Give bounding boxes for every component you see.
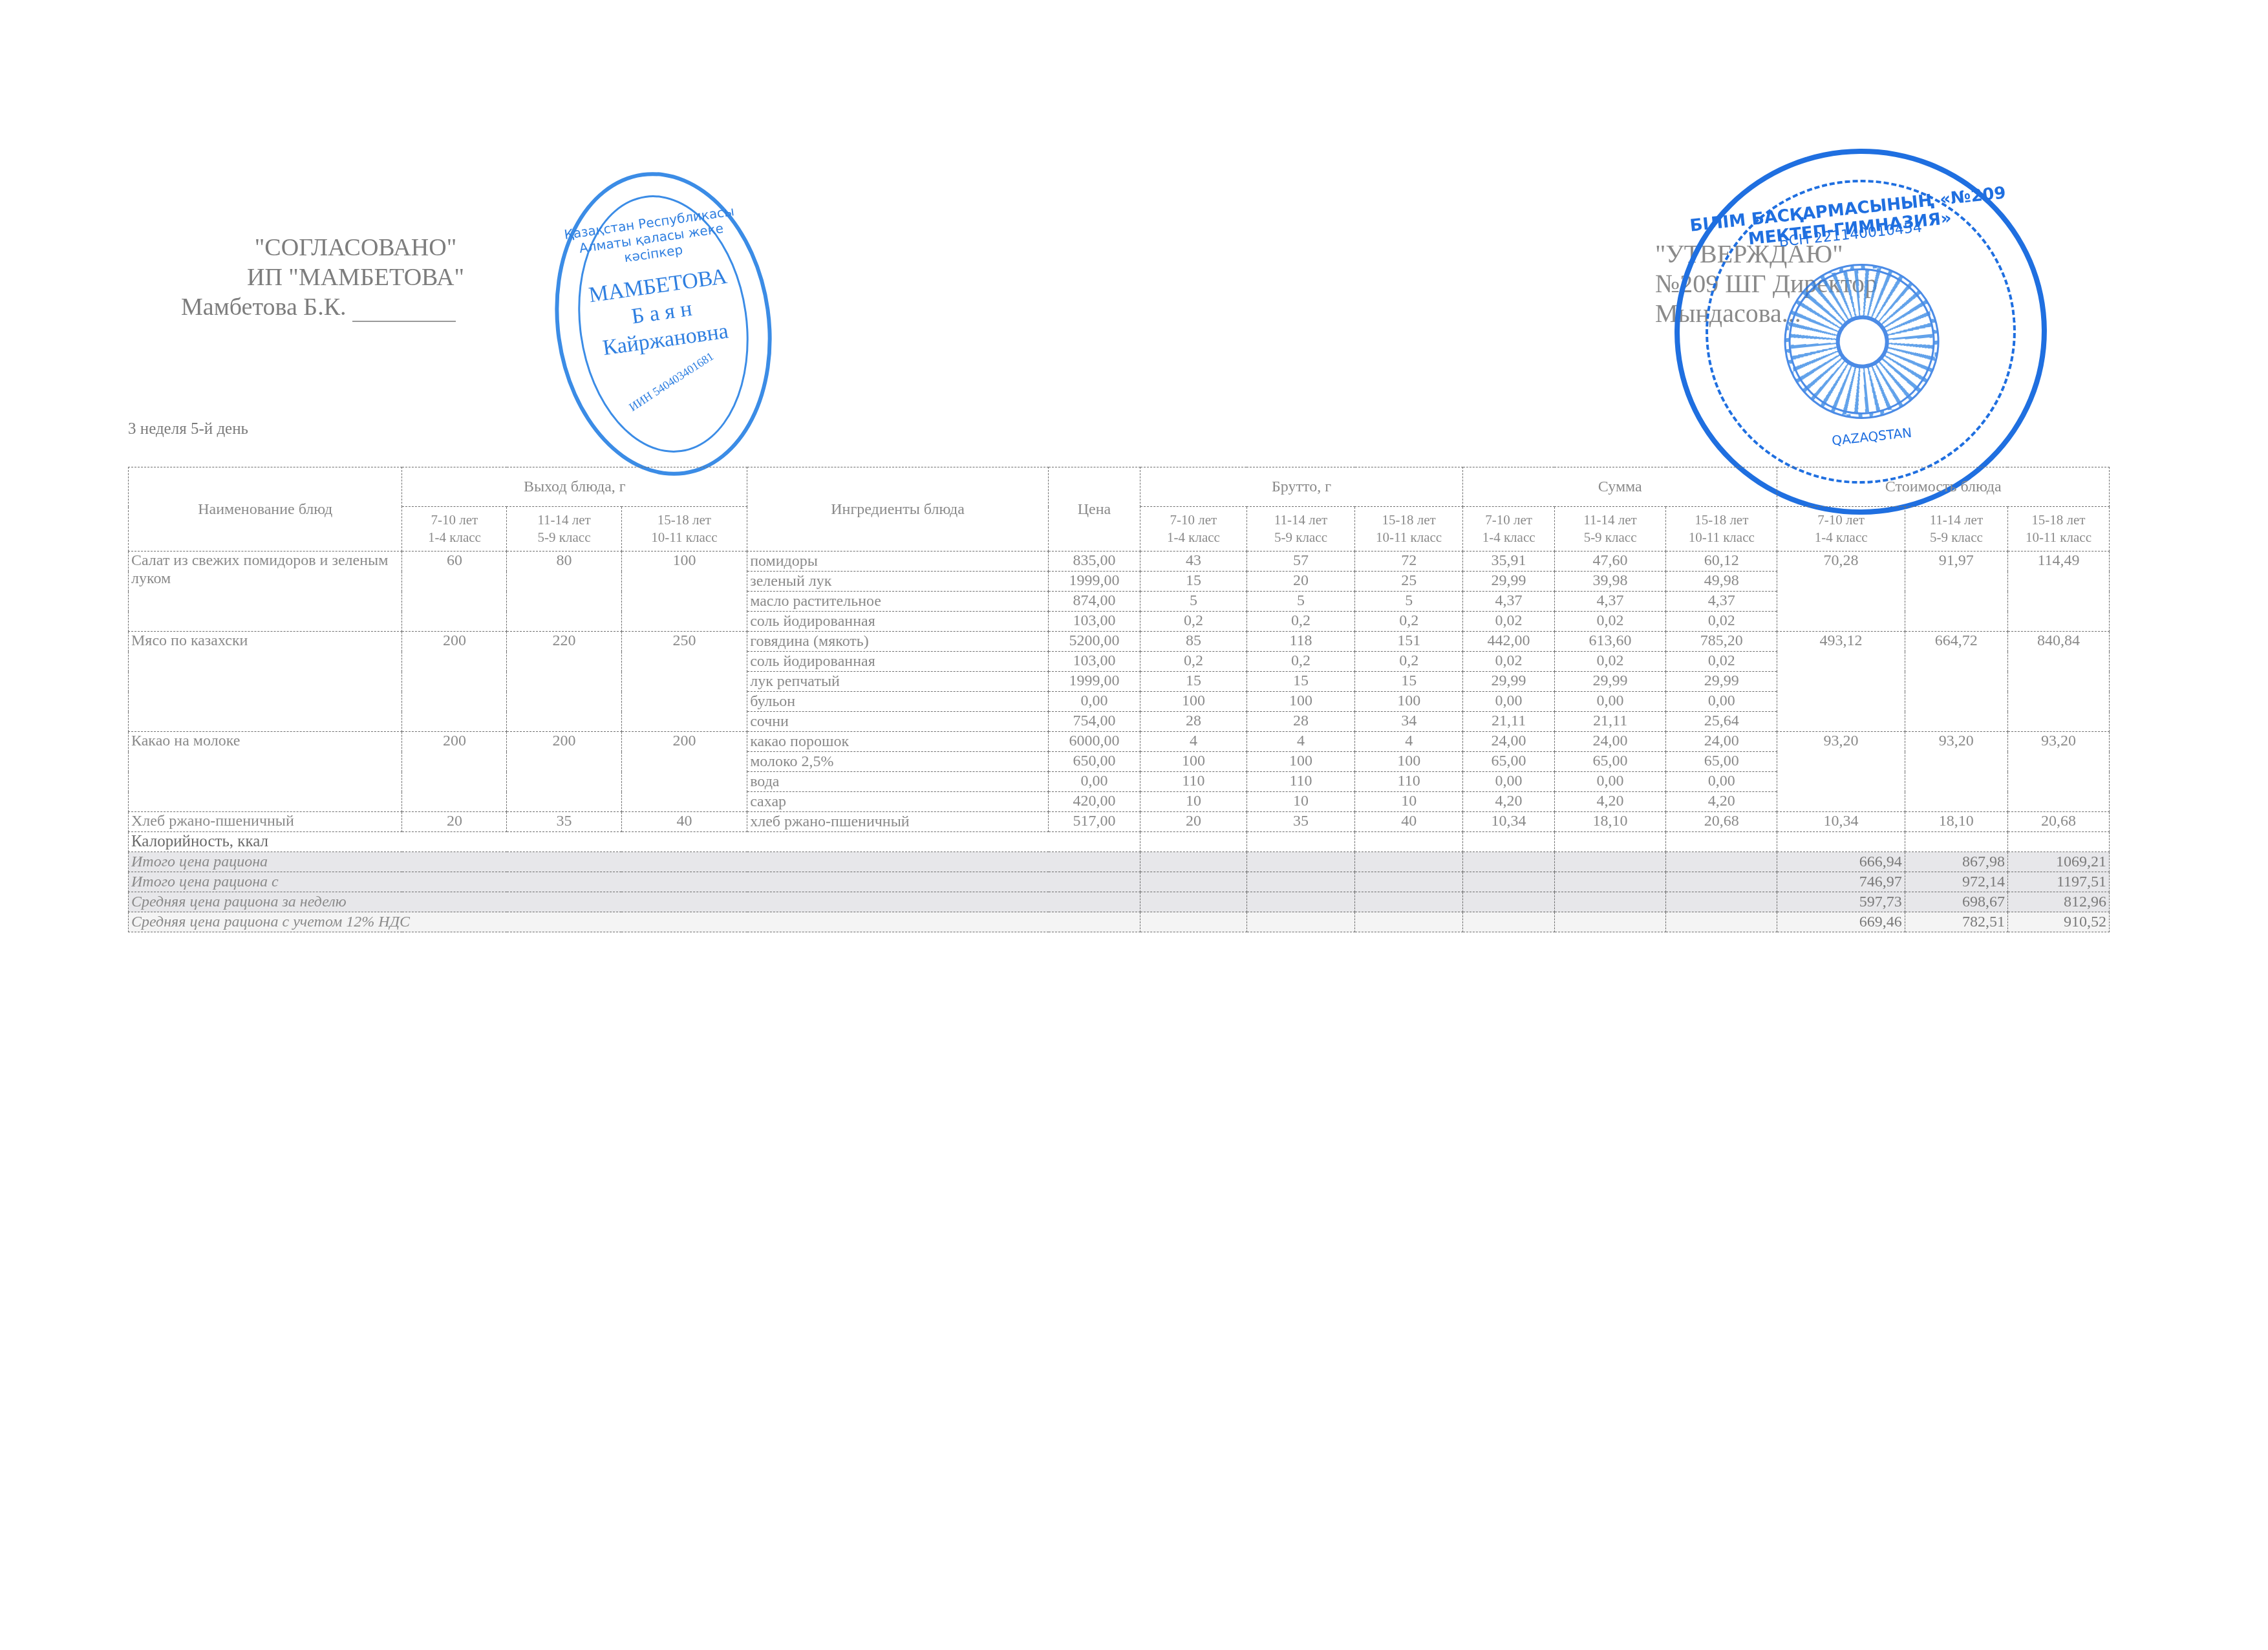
header-age-sum-0: 7-10 лет1-4 класс <box>1463 507 1555 552</box>
ingredient-sum: 20,68 <box>1666 812 1777 832</box>
dish-yield: 20 <box>402 812 507 832</box>
dish-yield: 80 <box>507 552 621 632</box>
ingredient-price: 103,00 <box>1049 612 1140 632</box>
age-label: 15-18 лет <box>1358 511 1460 529</box>
ingredient-brutto: 100 <box>1246 692 1354 712</box>
ingredient-name: вода <box>747 772 1049 792</box>
table-row: Салат из свежих помидоров и зеленым луко… <box>129 552 2110 572</box>
header-age-sum-2: 15-18 лет10-11 класс <box>1666 507 1777 552</box>
ingredient-sum: 0,00 <box>1463 772 1555 792</box>
ingredient-price: 1999,00 <box>1049 572 1140 592</box>
ingredient-name: хлеб ржано-пшеничный <box>747 812 1049 832</box>
week-day-label: 3 неделя 5-й день <box>128 420 248 438</box>
header-price: Цена <box>1049 467 1140 552</box>
ingredient-brutto: 118 <box>1246 632 1354 652</box>
ingredient-price: 874,00 <box>1049 592 1140 612</box>
summary-value: 597,73 <box>1777 892 1905 912</box>
dish-cost: 840,84 <box>2007 632 2109 732</box>
ingredient-price: 0,00 <box>1049 692 1140 712</box>
ingredient-brutto: 110 <box>1140 772 1246 792</box>
ingredient-sum: 49,98 <box>1666 572 1777 592</box>
ingredient-name: масло растительное <box>747 592 1049 612</box>
header-ingredients: Ингредиенты блюда <box>747 467 1049 552</box>
summary-label: Итого цена рациона <box>129 852 1140 872</box>
ingredient-name: бульон <box>747 692 1049 712</box>
ingredient-sum: 613,60 <box>1554 632 1665 652</box>
ingredient-sum: 29,99 <box>1554 672 1665 692</box>
summary-row: Средняя цена рациона с учетом 12% НДС669… <box>129 912 2110 932</box>
summary-value: 972,14 <box>1905 872 2007 892</box>
summary-empty-cell <box>1355 912 1463 932</box>
dish-yield: 60 <box>402 552 507 632</box>
grade-label: 10-11 класс <box>2011 529 2106 546</box>
ingredient-sum: 0,02 <box>1554 652 1665 672</box>
dish-cost: 10,34 <box>1777 812 1905 832</box>
ingredient-brutto: 72 <box>1355 552 1463 572</box>
ingredient-name: сахар <box>747 792 1049 812</box>
ingredient-brutto: 20 <box>1140 812 1246 832</box>
ingredient-price: 6000,00 <box>1049 732 1140 752</box>
summary-empty-cell <box>1463 852 1555 872</box>
ingredient-brutto: 5 <box>1355 592 1463 612</box>
ingredient-sum: 4,37 <box>1554 592 1665 612</box>
summary-empty-cell <box>1463 872 1555 892</box>
summary-value: 666,94 <box>1777 852 1905 872</box>
ingredient-price: 0,00 <box>1049 772 1140 792</box>
ingredient-brutto: 5 <box>1140 592 1246 612</box>
ingredient-name: соль йодированная <box>747 612 1049 632</box>
dish-cost: 664,72 <box>1905 632 2007 732</box>
summary-value: 910,52 <box>2007 912 2109 932</box>
age-label: 15-18 лет <box>625 511 744 529</box>
approval-block-left: "СОГЛАСОВАНО" ИП "МАМБЕТОВА" Мамбетова Б… <box>175 233 537 322</box>
dish-yield: 200 <box>621 732 747 812</box>
ingredient-brutto: 85 <box>1140 632 1246 652</box>
summary-empty-cell <box>1355 852 1463 872</box>
ingredient-brutto: 35 <box>1246 812 1354 832</box>
ingredient-name: молоко 2,5% <box>747 752 1049 772</box>
ingredient-sum: 18,10 <box>1554 812 1665 832</box>
summary-row: Итого цена рациона666,94867,981069,21 <box>129 852 2110 872</box>
ingredient-sum: 25,64 <box>1666 712 1777 732</box>
summary-empty-cell <box>1355 892 1463 912</box>
dish-yield: 200 <box>402 732 507 812</box>
header-dish-cost: Стоимость блюда <box>1777 467 2110 507</box>
dish-cost: 20,68 <box>2007 812 2109 832</box>
ingredient-brutto: 110 <box>1355 772 1463 792</box>
dish-cost: 493,12 <box>1777 632 1905 732</box>
dish-yield: 200 <box>507 732 621 812</box>
header-brutto: Брутто, г <box>1140 467 1462 507</box>
summary-row: Итого цена рациона с746,97972,141197,51 <box>129 872 2110 892</box>
ingredient-brutto: 0,2 <box>1246 652 1354 672</box>
calories-cell <box>1246 832 1354 852</box>
ingredient-brutto: 4 <box>1246 732 1354 752</box>
header-sum: Сумма <box>1463 467 1777 507</box>
ingredient-name: соль йодированная <box>747 652 1049 672</box>
ingredient-sum: 0,02 <box>1463 652 1555 672</box>
summary-row: Средняя цена рациона за неделю597,73698,… <box>129 892 2110 912</box>
ingredient-price: 835,00 <box>1049 552 1140 572</box>
ingredient-brutto: 10 <box>1140 792 1246 812</box>
dish-yield: 220 <box>507 632 621 732</box>
ingredient-price: 103,00 <box>1049 652 1140 672</box>
ingredient-brutto: 110 <box>1246 772 1354 792</box>
approval-left-person-name: Мамбетова Б.К. <box>181 294 346 321</box>
ingredient-brutto: 15 <box>1140 672 1246 692</box>
ingredient-name: зеленый лук <box>747 572 1049 592</box>
menu-cost-table: Наименование блюд Выход блюда, г Ингреди… <box>128 467 2110 932</box>
summary-empty-cell <box>1246 912 1354 932</box>
summary-empty-cell <box>1554 872 1665 892</box>
ingredient-sum: 4,20 <box>1554 792 1665 812</box>
ingredient-sum: 65,00 <box>1463 752 1555 772</box>
ingredient-sum: 21,11 <box>1463 712 1555 732</box>
ingredient-sum: 785,20 <box>1666 632 1777 652</box>
ingredient-brutto: 100 <box>1246 752 1354 772</box>
shanyrak-icon <box>1834 313 1892 371</box>
summary-empty-cell <box>1246 872 1354 892</box>
ingredient-name: лук репчатый <box>747 672 1049 692</box>
ingredient-sum: 47,60 <box>1554 552 1665 572</box>
approval-left-title: "СОГЛАСОВАНО" <box>175 233 537 262</box>
age-label: 7-10 лет <box>1143 511 1244 529</box>
ingredient-brutto: 40 <box>1355 812 1463 832</box>
calories-cell <box>1463 832 1555 852</box>
summary-value: 669,46 <box>1777 912 1905 932</box>
ingredient-sum: 0,00 <box>1666 772 1777 792</box>
calories-cell <box>1777 832 1905 852</box>
grade-label: 10-11 класс <box>625 529 744 546</box>
ingredient-price: 650,00 <box>1049 752 1140 772</box>
age-label: 11-14 лет <box>1908 511 2005 529</box>
ingredient-sum: 24,00 <box>1666 732 1777 752</box>
dish-yield: 250 <box>621 632 747 732</box>
summary-empty-cell <box>1140 912 1246 932</box>
dish-cost: 70,28 <box>1777 552 1905 632</box>
calories-cell <box>2007 832 2109 852</box>
header-age-brutto-2: 15-18 лет10-11 класс <box>1355 507 1463 552</box>
summary-empty-cell <box>1246 852 1354 872</box>
ingredient-brutto: 0,2 <box>1140 612 1246 632</box>
ingredient-sum: 0,00 <box>1463 692 1555 712</box>
ingredient-sum: 4,20 <box>1463 792 1555 812</box>
ingredient-brutto: 25 <box>1355 572 1463 592</box>
ingredient-brutto: 0,2 <box>1355 612 1463 632</box>
grade-label: 10-11 класс <box>1669 529 1774 546</box>
dish-name: Хлеб ржано-пшеничный <box>129 812 402 832</box>
grade-label: 5-9 класс <box>509 529 618 546</box>
summary-empty-cell <box>1140 892 1246 912</box>
ingredient-brutto: 0,2 <box>1140 652 1246 672</box>
ingredient-brutto: 100 <box>1140 692 1246 712</box>
summary-value: 746,97 <box>1777 872 1905 892</box>
grade-label: 5-9 класс <box>1250 529 1352 546</box>
dish-yield: 100 <box>621 552 747 632</box>
age-label: 11-14 лет <box>1250 511 1352 529</box>
ingredient-name: какао порошок <box>747 732 1049 752</box>
ingredient-sum: 24,00 <box>1554 732 1665 752</box>
ingredient-brutto: 4 <box>1140 732 1246 752</box>
ingredient-price: 1999,00 <box>1049 672 1140 692</box>
table-row: Мясо по казахски200220250говядина (мякот… <box>129 632 2110 652</box>
ingredient-brutto: 151 <box>1355 632 1463 652</box>
ingredient-brutto: 43 <box>1140 552 1246 572</box>
header-yield: Выход блюда, г <box>402 467 747 507</box>
summary-label: Средняя цена рациона за неделю <box>129 892 1140 912</box>
ingredient-name: помидоры <box>747 552 1049 572</box>
calories-cell <box>1554 832 1665 852</box>
summary-empty-cell <box>1355 872 1463 892</box>
ingredient-brutto: 100 <box>1355 692 1463 712</box>
ingredient-price: 5200,00 <box>1049 632 1140 652</box>
ingredient-brutto: 28 <box>1140 712 1246 732</box>
table-header-row-1: Наименование блюд Выход блюда, г Ингреди… <box>129 467 2110 507</box>
summary-label: Средняя цена рациона с учетом 12% НДС <box>129 912 1140 932</box>
ingredient-sum: 21,11 <box>1554 712 1665 732</box>
dish-yield: 200 <box>402 632 507 732</box>
ingredient-sum: 0,00 <box>1554 692 1665 712</box>
table-body: Салат из свежих помидоров и зеленым луко… <box>129 552 2110 932</box>
dish-name: Салат из свежих помидоров и зеленым луко… <box>129 552 402 632</box>
header-age-yield-1: 11-14 лет5-9 класс <box>507 507 621 552</box>
summary-value: 1197,51 <box>2007 872 2109 892</box>
dish-yield: 35 <box>507 812 621 832</box>
summary-empty-cell <box>1463 912 1555 932</box>
ingredient-brutto: 34 <box>1355 712 1463 732</box>
dish-cost: 114,49 <box>2007 552 2109 632</box>
ingredient-sum: 39,98 <box>1554 572 1665 592</box>
header-age-brutto-0: 7-10 лет1-4 класс <box>1140 507 1246 552</box>
ingredient-sum: 0,02 <box>1666 612 1777 632</box>
ingredient-sum: 0,00 <box>1666 692 1777 712</box>
summary-empty-cell <box>1140 852 1246 872</box>
signature-line <box>352 301 456 322</box>
header-age-cost-2: 15-18 лет10-11 класс <box>2007 507 2109 552</box>
table-row: Какао на молоке200200200какао порошок600… <box>129 732 2110 752</box>
ingredient-sum: 4,37 <box>1463 592 1555 612</box>
calories-cell <box>1355 832 1463 852</box>
ingredient-price: 754,00 <box>1049 712 1140 732</box>
summary-empty-cell <box>1554 852 1665 872</box>
ingredient-brutto: 0,2 <box>1246 612 1354 632</box>
ingredient-brutto: 4 <box>1355 732 1463 752</box>
header-age-brutto-1: 11-14 лет5-9 класс <box>1246 507 1354 552</box>
dish-name: Мясо по казахски <box>129 632 402 732</box>
age-label: 7-10 лет <box>405 511 504 529</box>
ingredient-brutto: 10 <box>1355 792 1463 812</box>
age-label: 7-10 лет <box>1466 511 1552 529</box>
calories-cell <box>1666 832 1777 852</box>
calories-cell <box>1140 832 1246 852</box>
ingredient-brutto: 100 <box>1140 752 1246 772</box>
ingredient-brutto: 5 <box>1246 592 1354 612</box>
ingredient-sum: 35,91 <box>1463 552 1555 572</box>
age-label: 11-14 лет <box>509 511 618 529</box>
summary-value: 867,98 <box>1905 852 2007 872</box>
dish-cost: 91,97 <box>1905 552 2007 632</box>
summary-value: 782,51 <box>1905 912 2007 932</box>
calories-cell <box>1905 832 2007 852</box>
dish-cost: 18,10 <box>1905 812 2007 832</box>
summary-empty-cell <box>1666 892 1777 912</box>
grade-label: 1-4 класс <box>405 529 504 546</box>
ingredient-sum: 65,00 <box>1554 752 1665 772</box>
ingredient-brutto: 20 <box>1246 572 1354 592</box>
ingredient-brutto: 15 <box>1140 572 1246 592</box>
summary-empty-cell <box>1463 892 1555 912</box>
header-age-cost-1: 11-14 лет5-9 класс <box>1905 507 2007 552</box>
ingredient-brutto: 0,2 <box>1355 652 1463 672</box>
age-label: 7-10 лет <box>1780 511 1902 529</box>
calories-label: Калорийность, ккал <box>129 832 1140 852</box>
calories-row: Калорийность, ккал <box>129 832 2110 852</box>
age-label: 15-18 лет <box>2011 511 2106 529</box>
grade-label: 5-9 класс <box>1557 529 1663 546</box>
age-label: 15-18 лет <box>1669 511 1774 529</box>
ingredient-brutto: 10 <box>1246 792 1354 812</box>
age-label: 11-14 лет <box>1557 511 1663 529</box>
ingredient-name: говядина (мякоть) <box>747 632 1049 652</box>
header-dish-name: Наименование блюд <box>129 467 402 552</box>
grade-label: 1-4 класс <box>1143 529 1244 546</box>
table-row: Хлеб ржано-пшеничный203540хлеб ржано-пше… <box>129 812 2110 832</box>
ingredient-sum: 29,99 <box>1463 572 1555 592</box>
ingredient-sum: 29,99 <box>1666 672 1777 692</box>
ingredient-price: 420,00 <box>1049 792 1140 812</box>
ingredient-brutto: 15 <box>1355 672 1463 692</box>
summary-value: 812,96 <box>2007 892 2109 912</box>
ingredient-brutto: 15 <box>1246 672 1354 692</box>
dish-cost: 93,20 <box>1777 732 1905 812</box>
ingredient-sum: 29,99 <box>1463 672 1555 692</box>
ingredient-brutto: 57 <box>1246 552 1354 572</box>
ingredient-sum: 60,12 <box>1666 552 1777 572</box>
grade-label: 10-11 класс <box>1358 529 1460 546</box>
dish-yield: 40 <box>621 812 747 832</box>
ingredient-sum: 10,34 <box>1463 812 1555 832</box>
grade-label: 1-4 класс <box>1780 529 1902 546</box>
ingredient-sum: 24,00 <box>1463 732 1555 752</box>
ingredient-sum: 65,00 <box>1666 752 1777 772</box>
ingredient-sum: 0,02 <box>1554 612 1665 632</box>
summary-empty-cell <box>1666 872 1777 892</box>
header-age-yield-2: 15-18 лет10-11 класс <box>621 507 747 552</box>
ingredient-sum: 4,20 <box>1666 792 1777 812</box>
summary-empty-cell <box>1554 892 1665 912</box>
summary-value: 698,67 <box>1905 892 2007 912</box>
ingredient-sum: 442,00 <box>1463 632 1555 652</box>
summary-empty-cell <box>1140 872 1246 892</box>
summary-empty-cell <box>1246 892 1354 912</box>
ingredient-sum: 4,37 <box>1666 592 1777 612</box>
ingredient-sum: 0,02 <box>1666 652 1777 672</box>
summary-empty-cell <box>1666 912 1777 932</box>
stamp-ip-mambetova: Қазақстан Республикасы Алматы қаласы жек… <box>536 158 791 490</box>
approval-left-org: ИП "МАМБЕТОВА" <box>175 262 537 292</box>
summary-value: 1069,21 <box>2007 852 2109 872</box>
ingredient-price: 517,00 <box>1049 812 1140 832</box>
approval-left-person: Мамбетова Б.К. <box>175 292 537 322</box>
grade-label: 5-9 класс <box>1908 529 2005 546</box>
ingredient-sum: 0,00 <box>1554 772 1665 792</box>
dish-cost: 93,20 <box>1905 732 2007 812</box>
dish-name: Какао на молоке <box>129 732 402 812</box>
dish-cost: 93,20 <box>2007 732 2109 812</box>
summary-label: Итого цена рациона с <box>129 872 1140 892</box>
grade-label: 1-4 класс <box>1466 529 1552 546</box>
summary-empty-cell <box>1554 912 1665 932</box>
ingredient-brutto: 100 <box>1355 752 1463 772</box>
ingredient-name: сочни <box>747 712 1049 732</box>
header-age-yield-0: 7-10 лет1-4 класс <box>402 507 507 552</box>
summary-empty-cell <box>1666 852 1777 872</box>
header-age-cost-0: 7-10 лет1-4 класс <box>1777 507 1905 552</box>
ingredient-brutto: 28 <box>1246 712 1354 732</box>
ingredient-sum: 0,02 <box>1463 612 1555 632</box>
header-age-sum-1: 11-14 лет5-9 класс <box>1554 507 1665 552</box>
